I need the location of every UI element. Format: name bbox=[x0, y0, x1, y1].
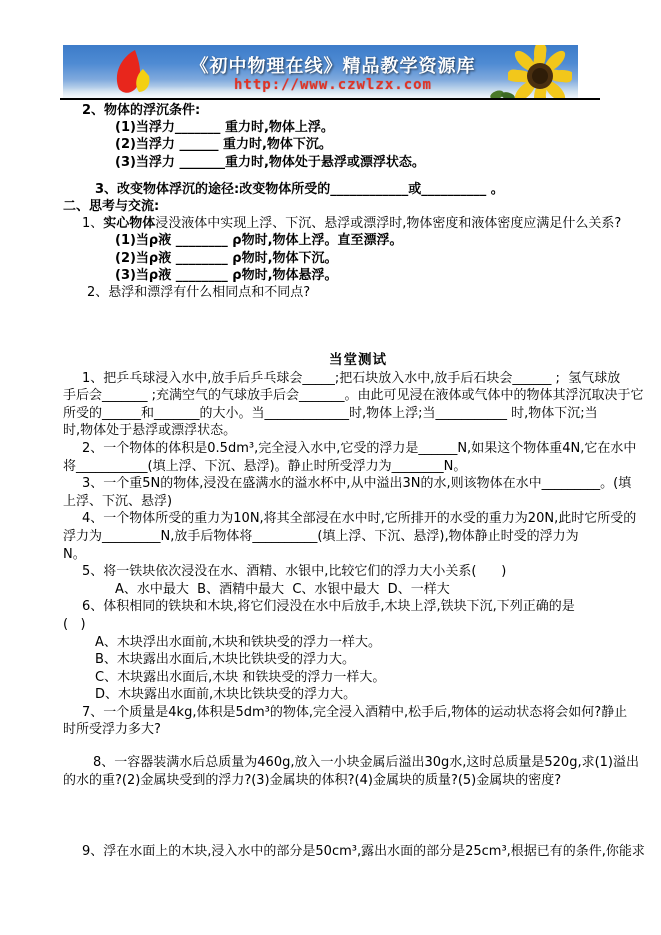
quiz-q5-options: A、水中最大 B、酒精中最大 C、水银中最大 D、一样大 bbox=[63, 581, 653, 599]
quiz-q2-line-1: 2、一个物体的体积是0.5dm³,完全浸入水中,它受的浮力是______N,如果… bbox=[63, 440, 653, 458]
quiz-q2-line-2: 将___________(填上浮、下沉、悬浮)。静止时所受浮力为________… bbox=[63, 458, 653, 476]
quiz-section: 当堂测试 1、把乒乓球浸入水中,放手后乒乓球会_____;把石块放入水中,放手后… bbox=[63, 352, 653, 739]
quiz-q3-line-1: 3、一个重5N的物体,浸没在盛满水的溢水杯中,从中溢出3N的水,则该物体在水中_… bbox=[63, 475, 653, 493]
outline-2-sub-2: (2)当浮力 ______ 重力时,物体下沉。 bbox=[63, 136, 653, 153]
quiz-q8-line-1: 8、一容器装满水后总质量为460g,放入一小块金属后溢出30g水,这时总质量是5… bbox=[63, 754, 653, 772]
discussion-q1: 1、实心物体浸没液体中实现上浮、下沉、悬浮或漂浮时,物体密度和液体密度应满足什么… bbox=[63, 215, 653, 232]
quiz-q1-line-1: 1、把乒乓球浸入水中,放手后乒乓球会_____;把石块放入水中,放手后石块会__… bbox=[63, 370, 653, 388]
discussion-q1-number: 1、 bbox=[82, 216, 103, 231]
site-url: http://www.czwlzx.com bbox=[183, 77, 483, 93]
site-title: 《初中物理在线》精品教学资源库 bbox=[183, 52, 483, 78]
discussion-q1-keyword: 实心物体 bbox=[103, 216, 155, 231]
density-rule-1: (1)当ρ液 ________ ρ物时,物体上浮。直至漂浮。 bbox=[63, 232, 653, 249]
quiz-q1-line-3: 所受的______和_______的大小。当_____________时,物体上… bbox=[63, 405, 653, 423]
quiz-q4-line-3: N。 bbox=[63, 546, 653, 564]
outline-item-3: 3、改变物体浮沉的途径:改变物体所受的____________或________… bbox=[63, 181, 653, 198]
outline-heading-2: 2、物体的浮沉条件: bbox=[63, 102, 653, 119]
worksheet-page: { "banner": { "site_title": "《初中物理在线》精品教… bbox=[0, 0, 661, 935]
density-rule-3: (3)当ρ液 ________ ρ物时,物体悬浮。 bbox=[63, 267, 653, 284]
quiz-q6-option-c: C、木块露出水面后,木块 和铁块受的浮力一样大。 bbox=[63, 669, 653, 687]
quiz-q5-line-1: 5、将一铁块依次浸没在水、酒精、水银中,比较它们的浮力大小关系( ) bbox=[63, 563, 653, 581]
quiz-q8-line-2: 的水的重?(2)金属块受到的浮力?(3)金属块的体积?(4)金属块的质量?(5)… bbox=[63, 772, 653, 790]
section-2-heading: 二、思考与交流: bbox=[63, 198, 653, 215]
quiz-q3-line-2: 上浮、下沉、悬浮) bbox=[63, 493, 653, 511]
quiz-q9-line-1: 9、浮在水面上的木块,浸入水中的部分是50cm³,露出水面的部分是25cm³,根… bbox=[63, 843, 653, 861]
outline-section: 2、物体的浮沉条件: (1)当浮力_______ 重力时,物体上浮。 (2)当浮… bbox=[63, 102, 653, 301]
quiz-q4-line-2: 浮力为_________N,放手后物体将__________(填上浮、下沉、悬浮… bbox=[63, 528, 653, 546]
outline-2-sub-3: (3)当浮力 _______重力时,物体处于悬浮或漂浮状态。 bbox=[63, 154, 653, 171]
discussion-q2: 2、悬浮和漂浮有什么相同点和不同点? bbox=[63, 284, 653, 301]
quiz-q6-line-1: 6、体积相同的铁块和木块,将它们浸没在水中后放手,木块上浮,铁块下沉,下列正确的… bbox=[63, 598, 653, 616]
header-divider bbox=[60, 98, 600, 100]
sunflower-icon bbox=[508, 45, 572, 98]
quiz-q7-line-2: 时所受浮力多大? bbox=[63, 721, 653, 739]
quiz-q9-block: 9、浮在水面上的木块,浸入水中的部分是50cm³,露出水面的部分是25cm³,根… bbox=[63, 843, 653, 861]
site-banner: 《初中物理在线》精品教学资源库 http://www.czwlzx.com bbox=[63, 45, 578, 98]
quiz-q6-line-2: ( ) bbox=[63, 616, 653, 634]
quiz-q6-option-a: A、木块浮出水面前,木块和铁块受的浮力一样大。 bbox=[63, 634, 653, 652]
discussion-q1-text: 浸没液体中实现上浮、下沉、悬浮或漂浮时,物体密度和液体密度应满足什么关系? bbox=[155, 216, 621, 231]
quiz-q1-line-4: 时,物体处于悬浮或漂浮状态。 bbox=[63, 422, 653, 440]
quiz-q1-line-2: 手后会_______ ;充满空气的气球放手后会_______。由此可见浸在液体或… bbox=[63, 387, 653, 405]
density-rule-2: (2)当ρ液 ________ ρ物时,物体下沉。 bbox=[63, 250, 653, 267]
quiz-q8-block: 8、一容器装满水后总质量为460g,放入一小块金属后溢出30g水,这时总质量是5… bbox=[63, 754, 653, 789]
quiz-q6-option-b: B、木块露出水面后,木块比铁块受的浮力大。 bbox=[63, 651, 653, 669]
quiz-q6-option-d: D、木块露出水面前,木块比铁块受的浮力大。 bbox=[63, 686, 653, 704]
quiz-title: 当堂测试 bbox=[63, 352, 653, 370]
quiz-q4-line-1: 4、一个物体所受的重力为10N,将其全部浸在水中时,它所排开的水受的重力为20N… bbox=[63, 510, 653, 528]
quiz-q7-line-1: 7、一个质量是4kg,体积是5dm³的物体,完全浸入酒精中,松手后,物体的运动状… bbox=[63, 704, 653, 722]
outline-2-sub-1: (1)当浮力_______ 重力时,物体上浮。 bbox=[63, 119, 653, 136]
site-logo-icon bbox=[105, 49, 157, 97]
